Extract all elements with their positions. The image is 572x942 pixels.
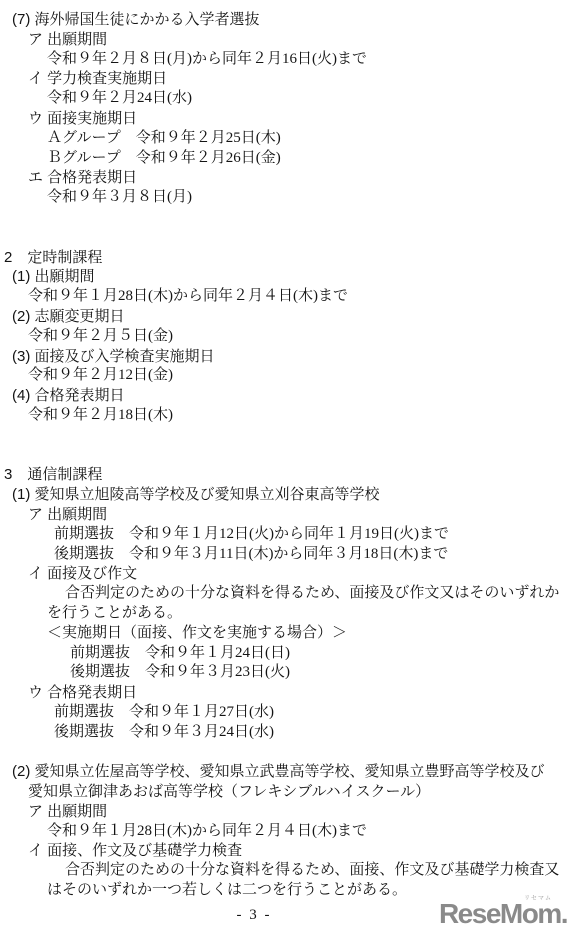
document-line: (1) 愛知県立旭陵高等学校及び愛知県立刈谷東高等学校	[0, 485, 572, 505]
document-line: 令和９年２月５日(金)	[0, 327, 572, 347]
document-line: 前期選抜 令和９年１月27日(水)	[0, 703, 572, 723]
document-line: Ｂグループ 令和９年２月26日(金)	[0, 149, 572, 169]
document-line: ウ 合格発表期日	[0, 683, 572, 703]
document-body: (7) 海外帰国生徒にかかる入学者選抜ア 出願期間令和９年２月８日(月)から同年…	[0, 10, 572, 901]
document-line: 愛知県立御津あおば高等学校（フレキシブルハイスクール）	[0, 782, 572, 802]
document-line: 令和９年２月24日(水)	[0, 89, 572, 109]
document-line: ア 出願期間	[0, 802, 572, 822]
document-line: (3) 面接及び入学検査実施期日	[0, 347, 572, 367]
blank-line	[0, 208, 572, 228]
document-line: イ 学力検査実施期日	[0, 69, 572, 89]
document-line: ア 出願期間	[0, 30, 572, 50]
document-line: を行うことがある。	[0, 604, 572, 624]
document-line: 2 定時制課程	[0, 248, 572, 268]
document-line: 令和９年３月８日(月)	[0, 188, 572, 208]
logo-wordmark: ReseMom.	[439, 898, 567, 929]
document-line: 令和９年２月18日(木)	[0, 406, 572, 426]
blank-line	[0, 742, 572, 762]
document-line: 前期選抜 令和９年１月12日(火)から同年１月19日(火)まで	[0, 525, 572, 545]
document-line: 合否判定のための十分な資料を得るため、面接、作文及び基礎学力検査又	[0, 861, 572, 881]
document-line: ウ 面接実施期日	[0, 109, 572, 129]
document-line: 令和９年２月12日(金)	[0, 366, 572, 386]
document-line: 令和９年１月28日(木)から同年２月４日(木)まで	[0, 287, 572, 307]
blank-line	[0, 426, 572, 446]
document-line: エ 合格発表期日	[0, 168, 572, 188]
document-line: (7) 海外帰国生徒にかかる入学者選抜	[0, 10, 572, 30]
logo-kana-label: リセマム	[524, 893, 552, 902]
document-line: 後期選抜 令和９年３月24日(水)	[0, 723, 572, 743]
document-line: ア 出願期間	[0, 505, 572, 525]
document-line: イ 面接及び作文	[0, 564, 572, 584]
document-line: 前期選抜 令和９年１月24日(日)	[0, 644, 572, 664]
document-line: Ａグループ 令和９年２月25日(木)	[0, 129, 572, 149]
page-number: - 3 -	[0, 907, 508, 924]
blank-line	[0, 228, 572, 248]
document-page: (7) 海外帰国生徒にかかる入学者選抜ア 出願期間令和９年２月８日(月)から同年…	[0, 0, 572, 942]
blank-line	[0, 446, 572, 466]
document-line: イ 面接、作文及び基礎学力検査	[0, 841, 572, 861]
document-line: (2) 愛知県立佐屋高等学校、愛知県立武豊高等学校、愛知県立豊野高等学校及び	[0, 762, 572, 782]
document-line: ＜実施期日（面接、作文を実施する場合）＞	[0, 624, 572, 644]
document-line: 3 通信制課程	[0, 465, 572, 485]
document-line: 令和９年２月８日(月)から同年２月16日(火)まで	[0, 50, 572, 70]
resemom-logo: リセマム ReseMom.	[439, 893, 567, 935]
document-line: (4) 合格発表期日	[0, 386, 572, 406]
document-line: 令和９年１月28日(木)から同年２月４日(木)まで	[0, 822, 572, 842]
document-line: 合否判定のための十分な資料を得るため、面接及び作文又はそのいずれか	[0, 584, 572, 604]
document-line: 後期選抜 令和９年３月23日(火)	[0, 663, 572, 683]
document-line: (2) 志願変更期日	[0, 307, 572, 327]
document-line: 後期選抜 令和９年３月11日(木)から同年３月18日(木)まで	[0, 545, 572, 565]
document-line: (1) 出願期間	[0, 267, 572, 287]
